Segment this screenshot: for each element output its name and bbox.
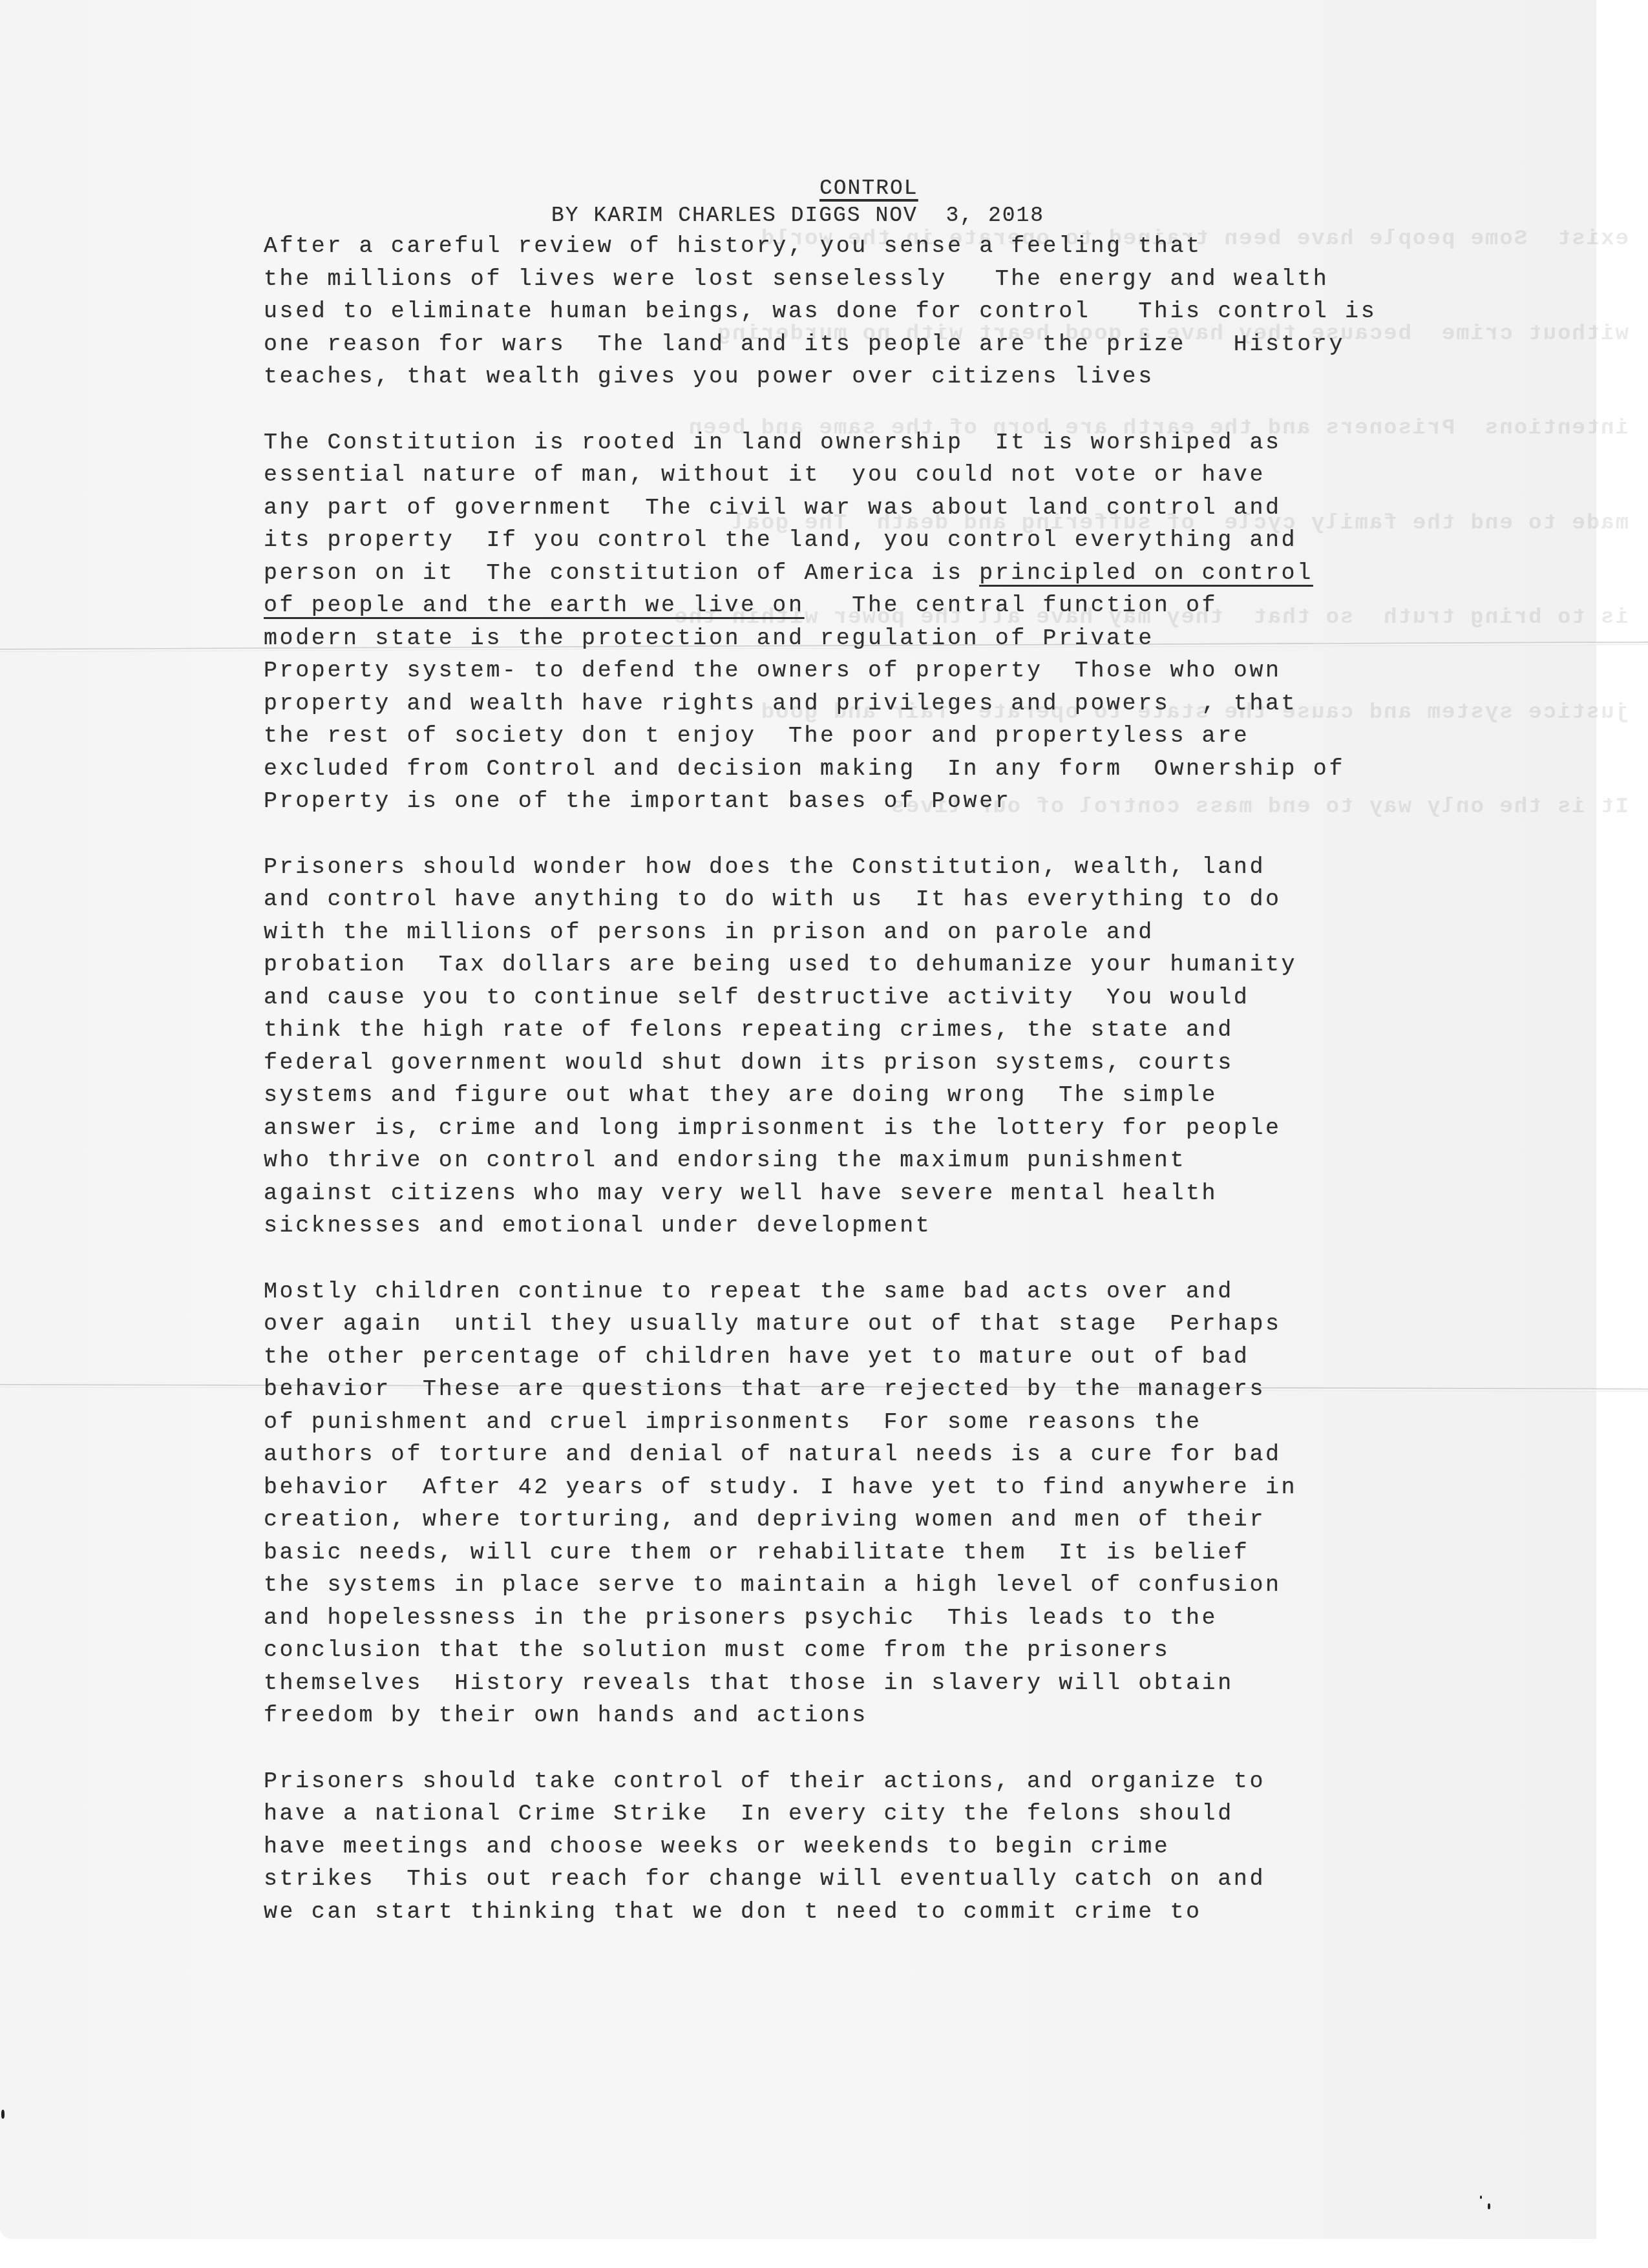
text-line: modern state is the protection and regul… [264, 622, 1634, 655]
text-line: Property system- to defend the owners of… [264, 655, 1634, 688]
text-line: federal government would shut down its p… [264, 1047, 1634, 1080]
text-line: strikes This out reach for change will e… [264, 1863, 1634, 1896]
text-line: authors of torture and denial of natural… [264, 1438, 1634, 1471]
text-line: excluded from Control and decision makin… [264, 753, 1634, 786]
text-line: systems and figure out what they are doi… [264, 1079, 1634, 1112]
text-line: conclusion that the solution must come f… [264, 1634, 1634, 1667]
paragraph-2: The Constitution is rooted in land owner… [264, 426, 1634, 818]
text-line: Mostly children continue to repeat the s… [264, 1276, 1634, 1308]
scan-speck [1, 2110, 5, 2119]
text-line: we can start thinking that we don t need… [264, 1896, 1634, 1929]
text-line: one reason for wars The land and its peo… [264, 328, 1634, 361]
text-line: freedom by their own hands and actions [264, 1699, 1634, 1732]
text-line: think the high rate of felons repeating … [264, 1014, 1634, 1047]
text-line: Prisoners should take control of their a… [264, 1765, 1634, 1798]
text-line: and cause you to continue self destructi… [264, 982, 1634, 1014]
text-line: probation Tax dollars are being used to … [264, 949, 1634, 982]
text-line: the other percentage of children have ye… [264, 1341, 1634, 1374]
text-line: and control have anything to do with us … [264, 883, 1634, 916]
underlined-phrase: of people and the earth we live on [264, 593, 805, 618]
text-line: used to eliminate human beings, was done… [264, 295, 1634, 328]
text-line: teaches, that wealth gives you power ove… [264, 361, 1634, 394]
text-line: who thrive on control and endorsing the … [264, 1144, 1634, 1177]
text-line: of punishment and cruel imprisonments Fo… [264, 1406, 1634, 1439]
text-line: of people and the earth we live on The c… [264, 589, 1634, 622]
paragraph-5: Prisoners should take control of their a… [264, 1765, 1634, 1929]
text-line: behavior These are questions that are re… [264, 1373, 1634, 1406]
text-line: property and wealth have rights and priv… [264, 688, 1634, 720]
text-line: After a careful review of history, you s… [264, 230, 1634, 263]
paragraph-4: Mostly children continue to repeat the s… [264, 1276, 1634, 1732]
text-line: basic needs, will cure them or rehabilit… [264, 1537, 1634, 1570]
scan-speck [1480, 2196, 1482, 2199]
paragraph-1: After a careful review of history, you s… [264, 230, 1634, 394]
text-line: with the millions of persons in prison a… [264, 916, 1634, 949]
line-suffix: The central function of [805, 593, 1218, 618]
scan-speck [1488, 2203, 1490, 2209]
text-line: person on it The constitution of America… [264, 557, 1634, 590]
text-line: themselves History reveals that those in… [264, 1667, 1634, 1700]
text-line: the millions of lives were lost senseles… [264, 263, 1634, 296]
text-line: have a national Crime Strike In every ci… [264, 1798, 1634, 1831]
text-line: The Constitution is rooted in land owner… [264, 426, 1634, 459]
text-line: behavior After 42 years of study. I have… [264, 1471, 1634, 1504]
text-line: against citizens who may very well have … [264, 1177, 1634, 1210]
text-line: over again until they usually mature out… [264, 1308, 1634, 1341]
text-line: Property is one of the important bases o… [264, 785, 1634, 818]
text-line: answer is, crime and long imprisonment i… [264, 1112, 1634, 1145]
title-text: CONTROL [819, 176, 918, 200]
line-prefix: person on it The constitution of America… [264, 560, 979, 586]
document-title: CONTROL [264, 176, 1634, 202]
text-line: sicknesses and emotional under developme… [264, 1210, 1634, 1243]
text-line: have meetings and choose weeks or weeken… [264, 1831, 1634, 1864]
text-line: any part of government The civil war was… [264, 492, 1634, 525]
underlined-phrase: principled on control [979, 560, 1313, 586]
text-line: the rest of society don t enjoy The poor… [264, 720, 1634, 753]
document-byline: BY KARIM CHARLES DIGGS NOV 3, 2018 [264, 202, 1634, 230]
text-line: Prisoners should wonder how does the Con… [264, 851, 1634, 884]
text-line: and hopelessness in the prisoners psychi… [264, 1602, 1634, 1635]
text-line: creation, where torturing, and depriving… [264, 1504, 1634, 1537]
text-line: the systems in place serve to maintain a… [264, 1569, 1634, 1602]
text-line: essential nature of man, without it you … [264, 459, 1634, 492]
paragraph-3: Prisoners should wonder how does the Con… [264, 851, 1634, 1243]
typewritten-document: CONTROL BY KARIM CHARLES DIGGS NOV 3, 20… [264, 176, 1634, 1961]
text-line: its property If you control the land, yo… [264, 524, 1634, 557]
